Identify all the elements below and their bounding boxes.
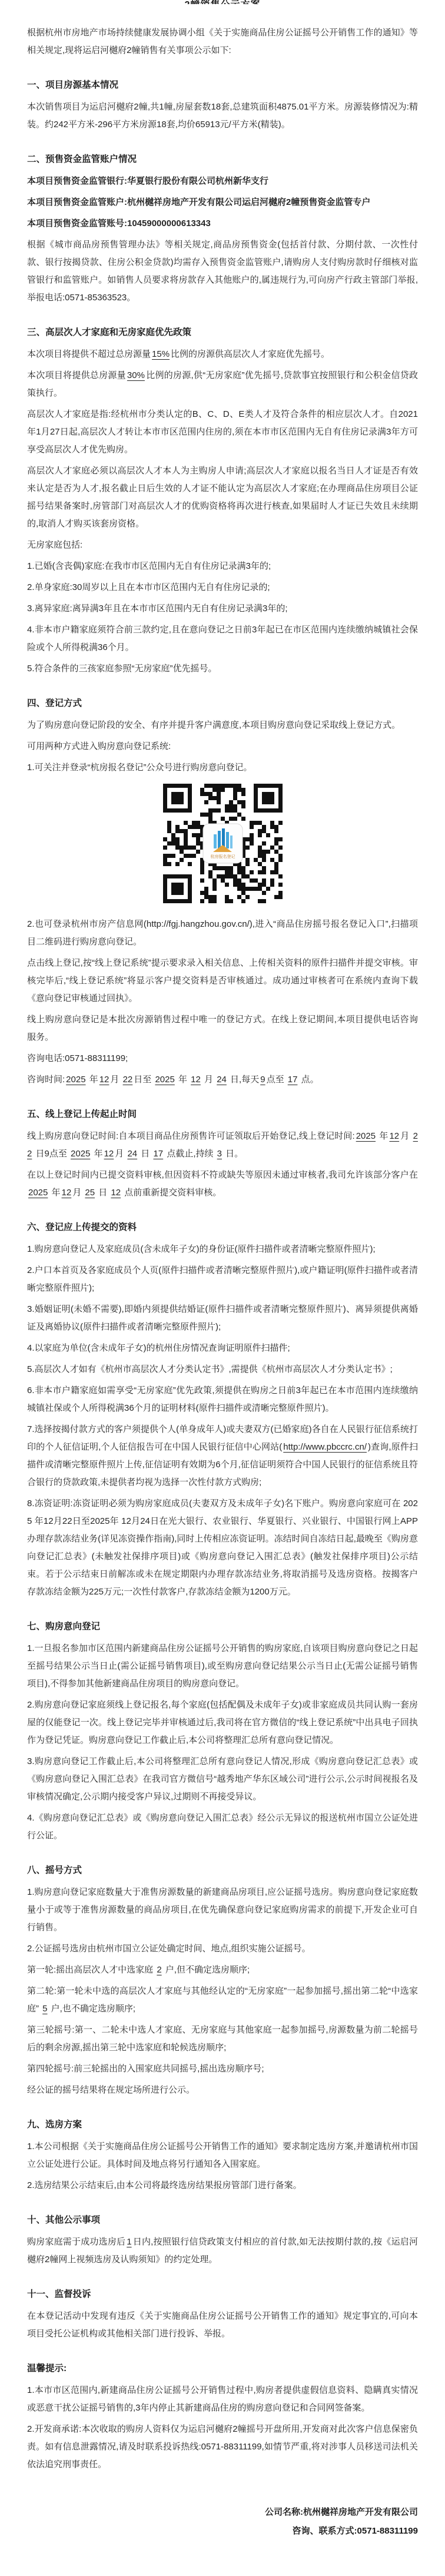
filled-field: 12 bbox=[190, 1075, 202, 1085]
text-run: 点至 bbox=[267, 1075, 287, 1085]
text-run: 咨询时间: bbox=[27, 1075, 65, 1085]
text-run: 本项目预售资金监管账户:杭州樾祥房地产开发有限公司运启河樾府2幢预售资金监管专户 bbox=[27, 197, 370, 207]
filled-field: 12 bbox=[103, 1149, 115, 1159]
text-run: 年 bbox=[87, 1075, 98, 1085]
paragraph: 6.非本市户籍家庭如需享受“无房家庭”优先政策,须提供在购房之日前3年起已在本市… bbox=[27, 1382, 418, 1417]
text-run: 第一轮:摇出高层次人才中选家庭 bbox=[27, 1965, 155, 1975]
text-run: 月 bbox=[72, 1188, 84, 1198]
paragraph: 1.一旦报名参加市区范围内新建商品住房公证摇号公开销售的购房家庭,自该项目购房意… bbox=[27, 1640, 418, 1693]
paragraph: 本项目预售资金监管银行:华夏银行股份有限公司杭州新华支行 bbox=[27, 173, 418, 190]
filled-field: 5 bbox=[41, 2004, 48, 2014]
text-run: 1.购房意向登记人及家庭成员(含未成年子女)的身份证(原件扫描件或者清晰完整原件… bbox=[27, 1244, 376, 1254]
filled-field: 9 bbox=[259, 1075, 266, 1085]
intro-paragraph: 根据杭州市房地产市场持续健康发展协调小组《关于实施商品住房公证摇号公开销售工作的… bbox=[27, 24, 418, 59]
text-run: 点。 bbox=[298, 1075, 318, 1085]
paragraph: 1.购房意向登记人及家庭成员(含未成年子女)的身份证(原件扫描件或者清晰完整原件… bbox=[27, 1241, 418, 1258]
section-heading: 二、预售资金监管账户情况 bbox=[27, 152, 418, 167]
text-run: 5.高层次人才如有《杭州市高层次人才分类认定书》,需提供《杭州市高层次人才分类认… bbox=[27, 1364, 393, 1374]
page-title: 2幢销售公示方案 bbox=[185, 0, 261, 4]
paragraph: 经公证的摇号结果将在规定场所进行公示。 bbox=[27, 2081, 418, 2099]
paragraph: 咨询电话:0571-88311199; bbox=[27, 1050, 418, 1067]
paragraph: 咨询时间:2025 年12月 22日至 2025 年 12 月 24 日,每天9… bbox=[27, 1071, 418, 1089]
text-run: 本项目预售资金监管账号:10459000000613343 bbox=[27, 218, 211, 228]
text-run: 本次销售项目为运启河樾府2幢,共1幢,房屋套数18套,总建筑面积4875.01平… bbox=[27, 102, 418, 130]
text-run: 月 bbox=[400, 1131, 412, 1141]
section-heading: 四、登记方式 bbox=[27, 697, 418, 711]
filled-field: 2025 bbox=[355, 1131, 377, 1141]
filled-field: 25 bbox=[84, 1188, 96, 1198]
filled-field: 24 bbox=[126, 1149, 138, 1159]
signature-block: 公司名称:杭州樾祥房地产开发有限公司 咨询、联系方式:0571-88311199 bbox=[27, 2503, 418, 2541]
text-run: 月 bbox=[110, 1075, 121, 1085]
svg-text:杭房报名登记: 杭房报名登记 bbox=[210, 854, 235, 859]
text-run: 第四轮摇号:前三轮摇出的入围家庭共同摇号,摇出选房顺序号; bbox=[27, 2064, 264, 2074]
filled-field: 15% bbox=[151, 349, 171, 359]
paragraph: 3.离异家庭:离异满3年且在本市市区范围内无自有住房记录满3年的; bbox=[27, 600, 418, 618]
text-run: 高层次人才家庭必须以高层次人才本人为主购房人申请;高层次人才家庭以报名当日人才证… bbox=[27, 466, 418, 529]
paragraph: 1.已婚(含丧偶)家庭:在我市市区范围内无自有住房记录满3年的; bbox=[27, 558, 418, 575]
section-heading: 温馨提示: bbox=[27, 2362, 418, 2376]
paragraph: 1.本市市区范围内,新建商品住房公证摇号公开销售过程中,购房者提供虚假信息资料、… bbox=[27, 2382, 418, 2417]
paragraph: 2.也可登录杭州市房产信息网(http://fgj.hangzhou.gov.c… bbox=[27, 916, 418, 951]
document-title-clipped: 2幢销售公示方案 bbox=[27, 0, 418, 4]
paragraph: 无房家庭包括: bbox=[27, 536, 418, 554]
paragraph: 第四轮摇号:前三轮摇出的入围家庭共同摇号,摇出选房顺序号; bbox=[27, 2060, 418, 2078]
text-run: 月 bbox=[202, 1075, 215, 1085]
paragraph: 2.开发商承诺:本次收取的购房人资料仅为运启河樾府2幢摇号开盘所用,开发商对此次… bbox=[27, 2421, 418, 2474]
paragraph: 5.符合条件的三孩家庭参照“无房家庭”优先摇号。 bbox=[27, 660, 418, 678]
text-run: 线上购房意向登记是本批次房源销售过程中唯一的登记方式。在线上登记期间,本项目提供… bbox=[27, 1015, 418, 1042]
filled-field: 12 bbox=[61, 1188, 73, 1198]
text-run: 根据《城市商品房预售管理办法》等相关规定,商品房预售资金(包括首付款、分期付款、… bbox=[27, 240, 418, 303]
text-run: 本项目预售资金监管银行:华夏银行股份有限公司杭州新华支行 bbox=[27, 176, 268, 186]
paragraph: 点击线上登记,按“线上登记系统”提示要求录入相关信息、上传相关资料的原件扫描件并… bbox=[27, 954, 418, 1007]
text-run: 月 bbox=[115, 1149, 126, 1159]
text-run: 1.本公司根据《关于实施商品住房公证摇号公开销售工作的通知》要求制定选房方案,并… bbox=[27, 2141, 418, 2169]
text-run: 年 bbox=[49, 1188, 60, 1198]
paragraph: 本次销售项目为运启河樾府2幢,共1幢,房屋套数18套,总建筑面积4875.01平… bbox=[27, 98, 418, 134]
text-run: 年 bbox=[176, 1075, 190, 1085]
paragraph: 第一轮:摇出高层次人才中选家庭 2 户,但不确定选房顺序; bbox=[27, 1961, 418, 1979]
filled-field: 1 bbox=[125, 2237, 132, 2247]
company-name-line: 公司名称:杭州樾祥房地产开发有限公司 bbox=[27, 2503, 418, 2522]
text-run: 8.冻资证明:冻资证明必须为购房家庭成员(夫妻双方及未成年子女)名下账户。购房意… bbox=[27, 1498, 418, 1597]
paragraph: 2.公证摇号选房由杭州市国立公证处确定时间、地点,组织实施公证摇号。 bbox=[27, 1940, 418, 1958]
section-heading: 十一、监督投诉 bbox=[27, 2287, 418, 2302]
section-heading: 一、项目房源基本情况 bbox=[27, 78, 418, 92]
paragraph: 第二轮:第一轮未中选的高层次人才家庭与其他经认定的“无房家庭”一起参加摇号,摇出… bbox=[27, 1982, 418, 2018]
paragraph: 4.《购房意向登记汇总表》或《购房意向登记入围汇总表》经公示无异议的报送杭州市国… bbox=[27, 1809, 418, 1845]
text-run: 4.非本市户籍家庭须符合前三款约定,且在意向登记之日前3年起已在市区范围内连续缴… bbox=[27, 625, 418, 652]
paragraph: 线上购房意向登记是本批次房源销售过程中唯一的登记方式。在线上登记期间,本项目提供… bbox=[27, 1011, 418, 1046]
paragraph: 根据《城市商品房预售管理办法》等相关规定,商品房预售资金(包括首付款、分期付款、… bbox=[27, 236, 418, 307]
section-heading: 六、登记应上传提交的资料 bbox=[27, 1221, 418, 1235]
qr-code: 杭房报名登记 bbox=[163, 784, 283, 906]
section-heading: 八、摇号方式 bbox=[27, 1864, 418, 1878]
text-run: 2.户口本首页及各家庭成员个人页(原件扫描件或者清晰完整原件照片),或户籍证明(… bbox=[27, 1265, 418, 1293]
text-run: 2.选房结果公示结束后,由本公司将最终选房结果报房管部门进行备案。 bbox=[27, 2180, 302, 2190]
text-run: 2.购房意向登记家庭须线上登记报名,每个家庭(包括配偶及未成年子女)或非家庭成员… bbox=[27, 1700, 418, 1745]
text-run: 1.购房意向登记家庭数量大于准售房源数量的新建商品房项目,应公证摇号选房。购房意… bbox=[27, 1887, 418, 1932]
filled-field: 2 bbox=[155, 1965, 162, 1975]
paragraph: 8.冻资证明:冻资证明必须为购房家庭成员(夫妻双方及未成年子女)名下账户。购房意… bbox=[27, 1495, 418, 1601]
section-heading: 七、购房意向登记 bbox=[27, 1620, 418, 1634]
text-run: 本次项目将提供总房源量 bbox=[27, 370, 126, 380]
paragraph: 本次项目将提供总房源量30%比例的房源,供“无房家庭”优先摇号,贷款事宜按照银行… bbox=[27, 367, 418, 402]
section-heading: 九、选房方案 bbox=[27, 2118, 418, 2132]
text-run: 3.离异家庭:离异满3年且在本市市区范围内无自有住房记录满3年的; bbox=[27, 604, 288, 614]
paragraph: 4.非本市户籍家庭须符合前三款约定,且在意向登记之日前3年起已在市区范围内连续缴… bbox=[27, 621, 418, 657]
text-run: 日9点至 bbox=[33, 1149, 69, 1159]
filled-field: 24 bbox=[215, 1075, 228, 1085]
text-run: 3.购房意向登记工作截止后,本公司将整理汇总所有意向登记人情况,形成《购房意向登… bbox=[27, 1756, 418, 1802]
text-run: 年 bbox=[91, 1149, 102, 1159]
text-run: 线上购房意向登记时间:自本项目商品住房预售许可证领取后开始登记,线上登记时间: bbox=[27, 1131, 355, 1141]
text-run: 第三轮摇号:第一、二轮未中选人才家庭、无房家庭与其他家庭一起参加摇号,房源数量为… bbox=[27, 2025, 418, 2053]
section-heading: 十、其他公示事项 bbox=[27, 2213, 418, 2227]
paragraph: 2.选房结果公示结束后,由本公司将最终选房结果报房管部门进行备案。 bbox=[27, 2177, 418, 2194]
paragraph: 高层次人才家庭必须以高层次人才本人为主购房人申请;高层次人才家庭以报名当日人才证… bbox=[27, 462, 418, 533]
filled-field: 12 bbox=[109, 1188, 122, 1198]
text-run: 经公证的摇号结果将在规定场所进行公示。 bbox=[27, 2085, 195, 2095]
text-run: 2.开发商承诺:本次收取的购房人资料仅为运启河樾府2幢摇号开盘所用,开发商对此次… bbox=[27, 2424, 418, 2469]
document-sections: 一、项目房源基本情况本次销售项目为运启河樾府2幢,共1幢,房屋套数18套,总建筑… bbox=[27, 78, 418, 2474]
paragraph: 2.单身家庭:30周岁以上且在本市市区范围内无自有住房记录的; bbox=[27, 579, 418, 596]
paragraph: 1.购房意向登记家庭数量大于准售房源数量的新建商品房项目,应公证摇号选房。购房意… bbox=[27, 1884, 418, 1937]
text-run: 4.以家庭为单位(含未成年子女)的杭州住房情况查询证明原件扫描件; bbox=[27, 1343, 290, 1353]
text-run: 1.一旦报名参加市区范围内新建商品住房公证摇号公开销售的购房家庭,自该项目购房意… bbox=[27, 1643, 418, 1689]
text-run: 咨询电话:0571-88311199; bbox=[27, 1053, 128, 1063]
text-run: 可用两种方式进入购房意向登记系统: bbox=[27, 741, 171, 751]
text-run: 本次项目将提供不超过总房源量 bbox=[27, 349, 151, 359]
paragraph: 第三轮摇号:第一、二轮未中选人才家庭、无房家庭与其他家庭一起参加摇号,房源数量为… bbox=[27, 2021, 418, 2057]
paragraph: 为了购房意向登记阶段的安全、有序并提升客户满意度,本项目购房意向登记采取线上登记… bbox=[27, 717, 418, 734]
filled-field: 12 bbox=[388, 1131, 400, 1141]
paragraph: 可用两种方式进入购房意向登记系统: bbox=[27, 738, 418, 755]
text-run: 为了购房意向登记阶段的安全、有序并提升客户满意度,本项目购房意向登记采取线上登记… bbox=[27, 720, 400, 730]
notice-page: { "page": { "title": "2幢销售公示方案" }, "intr… bbox=[0, 0, 445, 2576]
text-run: 日 bbox=[138, 1149, 152, 1159]
filled-field: 12 bbox=[98, 1075, 111, 1085]
paragraph: 3.购房意向登记工作截止后,本公司将整理汇总所有意向登记人情况,形成《购房意向登… bbox=[27, 1753, 418, 1806]
text-run: 比例的房源供高层次人才家庭优先摇号。 bbox=[171, 349, 330, 359]
text-run: 5.符合条件的三孩家庭参照“无房家庭”优先摇号。 bbox=[27, 664, 217, 674]
text-run: 3.婚姻证明(未婚不需要),即婚内须提供结婚证(原件扫描件或者清晰完整原件照片)… bbox=[27, 1304, 418, 1332]
filled-field: 30% bbox=[126, 370, 146, 380]
text-run: 日 bbox=[96, 1188, 109, 1198]
text-run: 点击线上登记,按“线上登记系统”提示要求录入相关信息、上传相关资料的原件扫描件并… bbox=[27, 958, 418, 1003]
text-run: 高层次人才家庭是指:经杭州市分类认定的B、C、D、E类人才及符合条件的相应层次人… bbox=[27, 409, 418, 455]
paragraph: 1.可关注并登录“杭房报名登记”公众号进行购房意向登记。 bbox=[27, 759, 418, 777]
text-run: 无房家庭包括: bbox=[27, 540, 82, 550]
filled-field: 2025 bbox=[27, 1188, 49, 1198]
text-run: 购房家庭需于成功选房后 bbox=[27, 2237, 125, 2247]
text-run: 日至 bbox=[134, 1075, 154, 1085]
paragraph: 本次项目将提供不超过总房源量15%比例的房源供高层次人才家庭优先摇号。 bbox=[27, 346, 418, 363]
paragraph: 1.本公司根据《关于实施商品住房公证摇号公开销售工作的通知》要求制定选房方案,并… bbox=[27, 2138, 418, 2173]
text-run: 点前重新提交资料审核。 bbox=[122, 1188, 221, 1198]
text-run: 年 bbox=[377, 1131, 388, 1141]
paragraph: 4.以家庭为单位(含未成年子女)的杭州住房情况查询证明原件扫描件; bbox=[27, 1340, 418, 1357]
paragraph: 2.户口本首页及各家庭成员个人页(原件扫描件或者清晰完整原件照片),或户籍证明(… bbox=[27, 1262, 418, 1297]
text-run: 4.《购房意向登记汇总表》或《购房意向登记入围汇总表》经公示无异议的报送杭州市国… bbox=[27, 1813, 418, 1841]
filled-field: http://www.pbccrc.cn/ bbox=[282, 1442, 368, 1452]
text-run: 日。 bbox=[223, 1149, 243, 1159]
text-run: 户,也不确定选房顺序; bbox=[49, 2004, 136, 2014]
filled-field: 3 bbox=[216, 1149, 223, 1159]
text-run: 1.本市市区范围内,新建商品住房公证摇号公开销售过程中,购房者提供虚假信息资料、… bbox=[27, 2385, 418, 2413]
paragraph: 本项目预售资金监管账户:杭州樾祥房地产开发有限公司运启河樾府2幢预售资金监管专户 bbox=[27, 194, 418, 211]
filled-field: 2025 bbox=[69, 1149, 91, 1159]
paragraph: 3.婚姻证明(未婚不需要),即婚内须提供结婚证(原件扫描件或者清晰完整原件照片)… bbox=[27, 1301, 418, 1336]
text-run: 2.单身家庭:30周岁以上且在本市市区范围内无自有住房记录的; bbox=[27, 582, 270, 592]
text-run: 户,但不确定选房顺序; bbox=[163, 1965, 250, 1975]
filled-field: 17 bbox=[287, 1075, 299, 1085]
text-run: 日,每天 bbox=[228, 1075, 259, 1085]
filled-field: 17 bbox=[152, 1149, 164, 1159]
paragraph: 7.选择按揭付款方式的客户须提供个人(单身成年人)或夫妻双方(已婚家庭)各自在人… bbox=[27, 1421, 418, 1491]
paragraph: 2.购房意向登记家庭须线上登记报名,每个家庭(包括配偶及未成年子女)或非家庭成员… bbox=[27, 1696, 418, 1749]
paragraph: 在本登记活动中发现有违反《关于实施商品住房公证摇号公开销售工作的通知》规定事宜的… bbox=[27, 2308, 418, 2343]
text-run: 6.非本市户籍家庭如需享受“无房家庭”优先政策,须提供在购房之日前3年起已在本市… bbox=[27, 1385, 418, 1413]
paragraph: 在以上登记时间内已提交资料审核,但因资料不符或缺失等原因未通过审核者,我司允许该… bbox=[27, 1166, 418, 1202]
text-run: 点截止,持续 bbox=[164, 1149, 216, 1159]
paragraph: 5.高层次人才如有《杭州市高层次人才分类认定书》,需提供《杭州市高层次人才分类认… bbox=[27, 1361, 418, 1378]
paragraph: 线上购房意向登记时间:自本项目商品住房预售许可证领取后开始登记,线上登记时间:2… bbox=[27, 1128, 418, 1163]
notice-document: 2幢销售公示方案 根据杭州市房地产市场持续健康发展协调小组《关于实施商品住房公证… bbox=[0, 0, 445, 2576]
contact-phone-line: 咨询、联系方式:0571-88311199 bbox=[27, 2522, 418, 2541]
filled-field: 2025 bbox=[154, 1075, 175, 1085]
text-run: 在以上登记时间内已提交资料审核,但因资料不符或缺失等原因未通过审核者,我司允许该… bbox=[27, 1170, 418, 1180]
filled-field: 2025 bbox=[65, 1075, 87, 1085]
filled-field: 22 bbox=[122, 1075, 134, 1085]
text-run: 在本登记活动中发现有违反《关于实施商品住房公证摇号公开销售工作的通知》规定事宜的… bbox=[27, 2311, 418, 2339]
paragraph: 本项目预售资金监管账号:10459000000613343 bbox=[27, 215, 418, 233]
section-heading: 三、高层次人才家庭和无房家庭优先政策 bbox=[27, 326, 418, 340]
text-run: 2.也可登录杭州市房产信息网(http://fgj.hangzhou.gov.c… bbox=[27, 919, 418, 947]
paragraph: 高层次人才家庭是指:经杭州市分类认定的B、C、D、E类人才及符合条件的相应层次人… bbox=[27, 406, 418, 459]
text-run: 2.公证摇号选房由杭州市国立公证处确定时间、地点,组织实施公证摇号。 bbox=[27, 1944, 311, 1954]
section-heading: 五、线上登记上传起止时间 bbox=[27, 1108, 418, 1122]
text-run: 1.可关注并登录“杭房报名登记”公众号进行购房意向登记。 bbox=[27, 762, 253, 773]
paragraph: 购房家庭需于成功选房后1日内,按照银行信贷政策支付相应的首付款,如无法按期付款的… bbox=[27, 2233, 418, 2269]
text-run: 1.已婚(含丧偶)家庭:在我市市区范围内无自有住房记录满3年的; bbox=[27, 561, 271, 571]
